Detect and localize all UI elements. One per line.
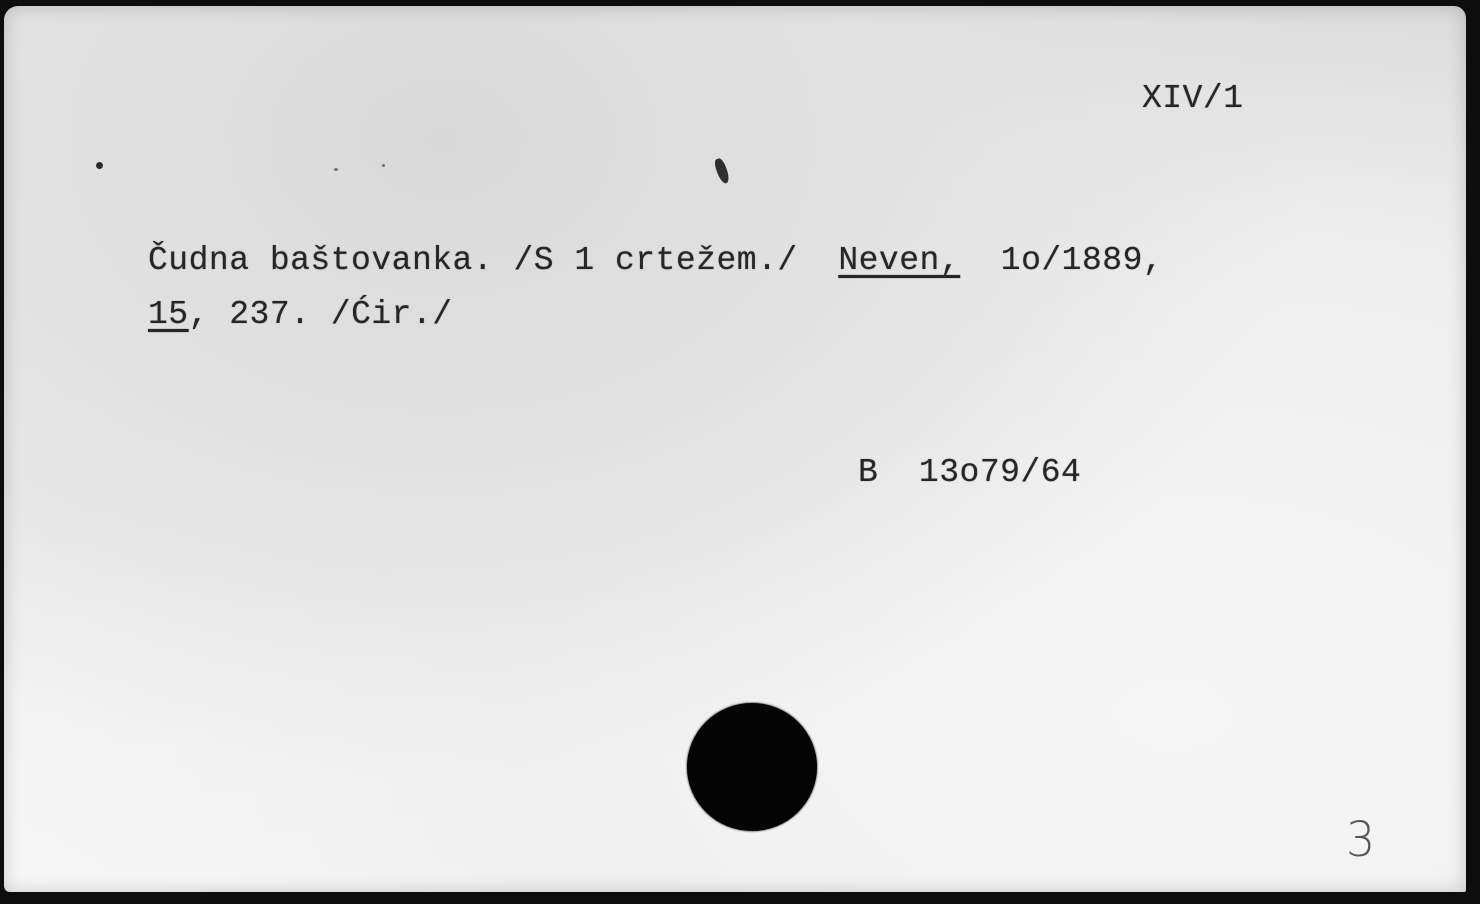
dust-speck	[334, 168, 338, 171]
dust-speck	[96, 162, 103, 169]
entry-line-1: Čudna baštovanka. /S 1 crtežem./ Neven, …	[148, 242, 1163, 279]
volume-separator: ,	[189, 296, 209, 333]
dust-speck	[382, 164, 385, 167]
accession-number: B 13o79/64	[858, 454, 1081, 491]
pencil-mark: 3	[1346, 811, 1375, 868]
catalog-card: XIV/1 Čudna baštovanka. /S 1 crtežem./ N…	[4, 6, 1466, 892]
script-note: /Ćir./	[331, 296, 453, 333]
journal-pages: 237.	[209, 296, 311, 333]
punch-hole	[687, 703, 817, 831]
journal-issue: 1o/1889,	[1001, 242, 1163, 279]
journal-name: Neven,	[838, 242, 960, 279]
entry-title: Čudna baštovanka.	[148, 242, 493, 279]
journal-volume: 15	[148, 296, 189, 333]
call-number: XIV/1	[1142, 80, 1244, 117]
ink-smudge	[713, 157, 731, 185]
entry-line-2: 15, 237. /Ćir./	[148, 296, 453, 333]
entry-note: /S 1 crtežem./	[513, 242, 797, 279]
